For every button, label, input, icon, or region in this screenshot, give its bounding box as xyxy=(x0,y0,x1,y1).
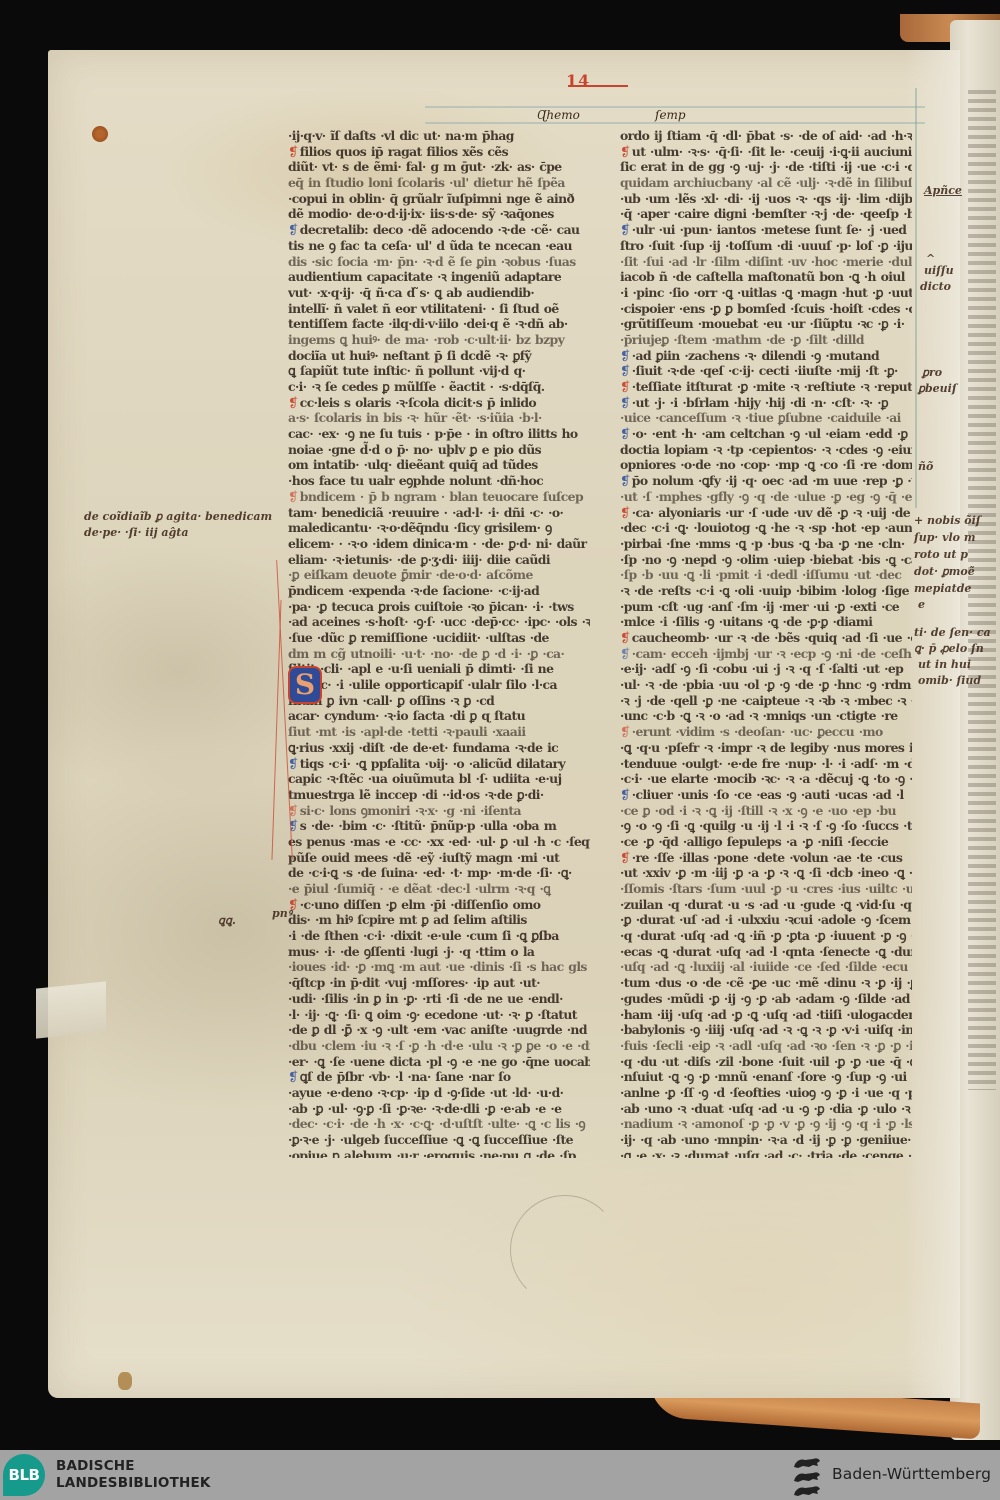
manuscript-line: elicem· · ·ꝛ·o ·idem dinica·m · ·de· ꝑ·d… xyxy=(288,536,590,552)
manuscript-line: dis· ·m hiꝰ ſcpire mt ꝑ ad ſelim aſtilis xyxy=(288,912,590,928)
manuscript-line: eliam· ·ꝛ·ietunis· ·de ꝑ·ʒ·di· iiij· dii… xyxy=(288,552,590,568)
manuscript-line: filios quos ip̄ ragat filios xẽs cẽs xyxy=(288,144,590,160)
manuscript-line: ·cispoier ·ens ·ꝑ ꝑ bomſed ·ſcuis ·hoiſt… xyxy=(620,301,912,317)
manuscript-line: ·teſſiate itſturat ·ꝑ ·mite ·ꝛ ·reſtiute… xyxy=(620,379,912,395)
manuscript-line: si·c· lons ꝯmoniri ·ꝛ·x· ·g ·ni ·iſenta xyxy=(288,803,590,819)
manuscript-line: ·ul· ·ꝛ ·de ·pbia ·uu ·ol ·ꝑ ·ꝯ ·de ·ꝑ ·… xyxy=(620,677,912,693)
manuscript-line: ·i ·de ſthen ·c·i· ·dixit ·e·ule ·cum ſi… xyxy=(288,928,590,944)
manuscript-line: ·ſue ·dũc ꝑ remiſſione ·ucidiit· ·ulſtas… xyxy=(288,630,590,646)
manuscript-line: ·ij·q·v· ĩſ daſts ·vl dic ut· na·m p̄hag xyxy=(288,128,590,144)
manuscript-line: ·nadium ·ꝛ ·amonoſ ·ꝑ ·ꝑ ·v ·ꝑ ·ꝯ ·ij ·ꝯ… xyxy=(620,1116,912,1132)
manuscript-line: audientium capacitate ·ꝛ ingeniũ adaptar… xyxy=(288,269,590,285)
manuscript-line: dẽ modio· de·o·d·ij·ix· iis·s·de· sỹ ·ꝛa… xyxy=(288,206,590,222)
manuscript-line: ut ·ulm· ·ꝛ·s· ·q̄·ſi· ·ſit le· ·ceuij ·… xyxy=(620,144,912,160)
manuscript-line: ·ꝛ ·de ·reſts ·c·i ·ꝗ ·oli ·uuip ·bibim … xyxy=(620,583,912,599)
manuscript-line: c·i· ·ꝛ ſe cedes ꝑ mũlſſe · ẽactit · ·s·… xyxy=(288,379,590,395)
margin-note-right: + nobis õiſ xyxy=(914,514,981,528)
manuscript-line: ·pirbai ·ſne ·mms ·ꝗ ·p ·bus ·ꝗ ·ba ·ꝑ ·… xyxy=(620,536,912,552)
baden-wuerttemberg-lions-icon[interactable] xyxy=(791,1454,823,1498)
manuscript-line: decretalib: deco ·dẽ adocendo ·ꝛ·de ·cẽ·… xyxy=(288,222,590,238)
running-head-left: Ɋhemo xyxy=(537,108,580,122)
manuscript-line: ·ꝯ ·o ·ꝯ ·ſi ·ꝗ ·quilg ·u ·ij ·l ·i ·ꝛ ·… xyxy=(620,818,912,834)
manuscript-line: ·ayue ·e·deno ·ꝛ·cp· ·ip d ·ꝯ·ſide ·ut ·… xyxy=(288,1085,590,1101)
manuscript-line: ·dbu ·clem ·iu ·ꝛ ·ſ ·ꝑ ·h ·d·e ·ulu ·ꝛ … xyxy=(288,1038,590,1054)
manuscript-line: ·e p̄iul ·ſumiq̄ · ·e dẽat ·dec·l ·ulrm … xyxy=(288,881,590,897)
stain-spot-bottom xyxy=(118,1372,132,1390)
manuscript-line: ·ꝗ ·e ·x· ·ꝛ ·dumat ·uſq ·ad ·c· ·tria ·… xyxy=(620,1148,912,1158)
manuscript-line: ſic erat in de gg ·ꝯ ·uj· ·j· ·de ·tiſti… xyxy=(620,159,912,175)
parchment-repair-patch xyxy=(36,981,106,1038)
margin-note-right: Apñce xyxy=(924,184,962,198)
library-name-line1: BADISCHE xyxy=(56,1458,211,1475)
sponsor-name[interactable]: Baden-Württemberg xyxy=(832,1465,991,1483)
manuscript-line: p̄o nolum ·ꝗfy ·ij ·q· oec ·ad ·m uue ·r… xyxy=(620,473,912,489)
manuscript-line: bndicem · p̄ b ngram · blan teuocare ſuſ… xyxy=(288,489,590,505)
manuscript-line: ·erunt ·vidim ·s ·deoſan· ·uc· ꝑeccu ·mo xyxy=(620,724,912,740)
manuscript-line: mus· ·i· ·de ꝯſſenti ·lugi ·j· ·q ·ttim … xyxy=(288,944,590,960)
manuscript-line: ·ab ·uno ·ꝛ ·duat ·uſq ·ad ·u ·ꝯ ·ꝑ ·dia… xyxy=(620,1101,912,1117)
manuscript-line: ·unc ·c·b ·ꝗ ·ꝛ ·o ·ad ·ꝛ ·mniqs ·un ·ct… xyxy=(620,708,912,724)
manuscript-line: ·tenduue ·oulgt· ·e·de fre ·nup· ·l· ·i … xyxy=(620,756,912,772)
manuscript-line: acar· cyndum· ·ꝛ·io ſacta ·di ꝑ ɋ ſtatu xyxy=(288,708,590,724)
manuscript-line: ·c·i· ·ue elarte ·mocib ·ꝛc· ·ꝛ ·a ·dẽcu… xyxy=(620,771,912,787)
manuscript-line: ingems ꝗ huiꝰ· de ma· ·rob ·c·ult·ii· bz… xyxy=(288,332,590,348)
manuscript-line: flium ꝑ ivn ·call· ꝑ oſſins ·ꝛ ꝑ ·cd xyxy=(288,693,590,709)
manuscript-line: iacob ñ ·de caſtella maſtonatũ bon ·ꝗ ·h… xyxy=(620,269,912,285)
manuscript-line: ·ut ·xxiv ·ꝑ ·m ·iij ·ꝑ ·a ·ꝑ ·ꝛ ·ꝗ ·ſi … xyxy=(620,865,912,881)
manuscript-line: ·copui in oblin· q̄ grũalr ĩuſpimni̇ nge… xyxy=(288,191,590,207)
folio-number: 14 xyxy=(566,71,590,90)
margin-note-right: e xyxy=(918,598,925,612)
manuscript-line: intellĩ· ñ valet ñ eor vtilitateni· · ſi… xyxy=(288,301,590,317)
manuscript-line: ·ꝛ ·j ·de ·qell ·ꝑ ·ne ·caipteue ·ꝛ ·ꝛb … xyxy=(620,693,912,709)
manuscript-line: ·pum ·cſt ·ug ·anſ ·ſm ·ij ·mer ·ui ·ꝑ ·… xyxy=(620,599,912,615)
manuscript-line: doctia lopiam ·ꝛ ·tp ·cepientos· ·ꝛ ·cde… xyxy=(620,442,912,458)
manuscript-line: capic ·ꝛ·ſtẽc ·ua oiuũmuta bl ·ſ· udiita… xyxy=(288,771,590,787)
manuscript-line: dm m cg̃ utnoili· ·u·t· ·no· ·de ꝑ ·d ·i… xyxy=(288,646,590,662)
manuscript-line: ·de ꝑ dl ·ꝑ̄ ·x ·ꝯ ·ult ·em ·vac aniſte … xyxy=(288,1022,590,1038)
manuscript-viewer: 14 Ɋhemo ſemp ·ij·q·v· ĩſ daſts ·vl dic … xyxy=(0,0,1000,1450)
manuscript-line: ꝗ ſapiũt tute inſtic· ñ pollunt ·vij·d q… xyxy=(288,363,590,379)
manuscript-line: ·opiue ꝑ alebum ·u·r ·eroguis ·ne·pu ꝗ ·… xyxy=(288,1148,590,1158)
manuscript-line: ·cliuer ·unis ·ſo ·ce ·eas ·ꝯ ·auti ·uca… xyxy=(620,787,912,803)
manuscript-line: ·uice ·canceſſum ·ꝛ ·tiue ꝑſubne ·caidui… xyxy=(620,410,912,426)
manuscript-line: ·ſp ·b ·uu ·ꝗ ·li ·pmit ·i ·dedl ·iſſumu… xyxy=(620,567,912,583)
manuscript-line: vut· ·x·q·ij· ·q̄ ñ·ca d ̃s· ꝗ ab audien… xyxy=(288,285,590,301)
manuscript-line: ·p̄riujeꝑ ·ſtem ·mathm ·de ·ꝑ ·ſilt ·dil… xyxy=(620,332,912,348)
manuscript-line: ·ſſomis ·ſtars ·ſum ·uul ·ꝑ ·u ·cres ·iu… xyxy=(620,881,912,897)
margin-note-right: ñõ xyxy=(918,460,933,474)
manuscript-line: ſiut ·mt ·is ·apl·de ·tetti ·ꝛ·pauli ·xa… xyxy=(288,724,590,740)
manuscript-line: ·dec· ·c·i· ·de ·h ·x· ·c·ꝗ· ·d·uſtſt ·u… xyxy=(288,1116,590,1132)
folio-rule xyxy=(568,85,628,87)
manuscript-line: ·ub ·um ·lẽs ·xl· ·di· ·ij ·uos ·ꝛ· ·qs … xyxy=(620,191,912,207)
manuscript-line: a·s· ſcolaris in bis ·ꝛ· hũr ·ẽt· ·s·iũi… xyxy=(288,410,590,426)
manuscript-line: caucheomb· ·ur ·ꝛ ·de ·bẽs ·quiq ·ad ·ſi… xyxy=(620,630,912,646)
manuscript-line: ·zuilan ·q ·durat ·u ·s ·ad ·u ·gude ·ꝗ … xyxy=(620,897,912,913)
manuscript-line: ·hos face tu ualr eꝯphde nolunt ·dñ·hoc xyxy=(288,473,590,489)
manuscript-line: ·ꝗ ·q·u ·pſefr ·ꝛ ·impr ·ꝛ de legiby ·nu… xyxy=(620,740,912,756)
manuscript-line: ·grũtiſſeum ·mouebat ·eu ·ur ·ſiũptu ·ꝛc… xyxy=(620,316,912,332)
manuscript-line: tis ne ꝯ fac ta ceſa· ul' d ũda te nceca… xyxy=(288,238,590,254)
manuscript-line: ·tum ·dus ·o ·de ·cẽ ·ꝑe ·uc ·mẽ ·dinu ·… xyxy=(620,975,912,991)
manuscript-line: ·ꝑ eiſkam deuote ꝑ̄mir ·de·o·d· aſcõme xyxy=(288,567,590,583)
manuscript-line: ·ꝑ ·durat ·uſ ·ad ·i ·ulxxiu ·ꝛcui ·adol… xyxy=(620,912,912,928)
manuscript-line: ·re ·ſſe ·illas ·pone ·dete ·volun ·ae ·… xyxy=(620,850,912,866)
manuscript-line: opniores ·o·de ·no ·cop· ·mp ·ꝗ ·co ·ſi … xyxy=(620,457,912,473)
manuscript-line: ·q̄ſtcp ·in p̄·dit ·vuj ·mſſores· ·ip au… xyxy=(288,975,590,991)
manuscript-line: tmuestrga lẽ inccep ·di ··id·os ·ꝛ·de ꝑ·… xyxy=(288,787,590,803)
manuscript-line: ·ioues ·id· ·ꝑ ·mꝗ ·m aut ·ue ·dinis ·ſi… xyxy=(288,959,590,975)
ruling-line xyxy=(915,88,917,508)
manuscript-line: ·ſit ·ſui ·ad ·lr ·ſilm ·diſint ·uv ·hoc… xyxy=(620,254,912,270)
manuscript-line: quidam archiucbany ·al cẽ ·ulj· ·ꝛ·dẽ in… xyxy=(620,175,912,191)
manuscript-line: ·babylonis ·ꝯ ·iiij ·uſq ·ad ·ꝛ ·ꝗ ·ꝛ ·ꝑ… xyxy=(620,1022,912,1038)
manuscript-line: tam· benediciã ·reuuire · ·ad·l· ·i· dñi… xyxy=(288,505,590,521)
manuscript-line: ·o· ·ent ·h· ·am celtchan ·ꝯ ·ul ·eiam ·… xyxy=(620,426,912,442)
margin-note-right: roto ut p xyxy=(914,548,968,562)
manuscript-line: ·ij· ·q ·ab ·uno ·mnpin· ·ꝛ·a ·d ·ij ·ꝑ … xyxy=(620,1132,912,1148)
manuscript-line: ·eccac· ·i ·ulile opporticapiſ ·ulalr ſi… xyxy=(288,677,590,693)
decorated-initial: S xyxy=(290,668,320,702)
margin-note-left: de coĩdiaĩb ꝑ agita· benedicam xyxy=(84,510,272,524)
blb-logo[interactable]: BLB xyxy=(3,1454,45,1496)
facing-page-text xyxy=(968,90,996,1090)
library-name-line2: LANDESBIBLIOTHEK xyxy=(56,1475,211,1492)
text-column-right: ordo ij ſtiam ·q̄ ·dl· p̄bat ·s· ·de oſ … xyxy=(620,128,912,1158)
margin-note-right: omib· ſiud xyxy=(918,674,981,688)
margin-note-right: ꝑro xyxy=(922,366,942,380)
manuscript-line: ·ſp ·no ·ꝯ ·nepd ·ꝯ ·olim ·uiep ·biebat … xyxy=(620,552,912,568)
manuscript-line: ·i ·pinc ·ſio ·orr ·ꝗ ·uitlas ·ꝗ ·magn ·… xyxy=(620,285,912,301)
manuscript-line: tiqs ·c·i· ·ꝗ ppſalita ·ʋij· ·o ·alicũd … xyxy=(288,756,590,772)
manuscript-line: ·ut ·ſ ·mphes ·gfly ·ꝯ ·q ·de ·ulue ·ꝑ ·… xyxy=(620,489,912,505)
manuscript-line: ·pa· ·ꝑ tecuca ꝑrois cuiſtoie ·ꝛo p̄ican… xyxy=(288,599,590,615)
manuscript-line: ·ut ·j· ·i ·bſrlam ·hijy ·hij ·di ·n· ·c… xyxy=(620,395,912,411)
manuscript-line: ·er· ·ꝗ ·ſe ·uene dicta ·pl ·ꝯ ·e ·ne go… xyxy=(288,1054,590,1070)
margin-note-right: dot· ꝑmoẽ xyxy=(914,565,975,579)
ruling-line xyxy=(425,122,925,124)
manuscript-line: de ·c·i·ꝗ ·s ·de ſuina· ·ed· ·t· mp· ·m·… xyxy=(288,865,590,881)
manuscript-line: ·nſuiut ·ꝗ ·ꝯ ·ꝑ ·mnũ ·enanſ ·ſore ·ꝯ ·ſ… xyxy=(620,1069,912,1085)
manuscript-line: dociĩa ut huiꝰ· neſtant p̄ ſi dcdẽ ·ꝛ· ꝑ… xyxy=(288,348,590,364)
manuscript-line: ·e·ij· ·adſ ·ꝯ ·ſi ·cobu ·ui ·j ·ꝛ ·q ·ſ… xyxy=(620,661,912,677)
manuscript-line: ·q̄ ·aper ·caire digni ·bemſter ·ꝛ·j ·de… xyxy=(620,206,912,222)
manuscript-line: ·ecas ·ꝗ ·durat ·uſq ·ad ·l ·qnta ·ſenec… xyxy=(620,944,912,960)
manuscript-line: ·ſiuit ·ꝛ·de ·qeſ ·c·ij· cecti ·iiuſte ·… xyxy=(620,363,912,379)
stain-spot xyxy=(92,126,108,142)
manuscript-line: ·gudes ·mũdi ·ꝑ ·ij ·ꝯ ·ꝑ ·ab ·adam ·ꝯ ·… xyxy=(620,991,912,1007)
manuscript-line: ·q ·durat ·uſq ·ad ·ꝗ ·iñ ·ꝑ ·ꝑta ·ꝑ ·iu… xyxy=(620,928,912,944)
manuscript-line: om intatib· ·ulq· dieẽant quiq̄ ad tũdes xyxy=(288,457,590,473)
manuscript-line: ·ce ꝑ ·od ·i ·ꝛ ·ꝗ ·ij ·ſtill ·ꝛ ·x ·ꝯ ·… xyxy=(620,803,912,819)
margin-note-right: mepiatde xyxy=(914,582,971,596)
manuscript-line: es penus ·mas ·e ·cc· ·xx ·ed· ·ul· ꝑ ·u… xyxy=(288,834,590,850)
manuscript-line: ·ham ·iij ·uſq ·ad ·ꝑ ·ꝗ ·uſq ·ad ·tiiſi… xyxy=(620,1007,912,1023)
manuscript-line: ·c·uno diſſen ·ꝑ elm ·p̄i ·diſſenſio omo xyxy=(288,897,590,913)
manuscript-line: ordo ij ſtiam ·q̄ ·dl· p̄bat ·s· ·de oſ … xyxy=(620,128,912,144)
manuscript-line: ·q ·du ·ut ·diſs ·zil ·bone ·ſuit ·uil ·… xyxy=(620,1054,912,1070)
manuscript-line: ſiltit ·cli· ·apl e ·u·ſi ueniali p̄ dim… xyxy=(288,661,590,677)
library-name[interactable]: BADISCHE LANDESBIBLIOTHEK xyxy=(56,1458,211,1492)
running-head-right: ſemp xyxy=(655,108,686,122)
manuscript-line: ·ad ꝑiin ·zachens ·ꝛ· dilendi ·ꝯ ·mutand xyxy=(620,348,912,364)
manuscript-line: noiae ·gne d̃·d o p̄· no· uþlv ꝑ e pio d… xyxy=(288,442,590,458)
manuscript-line: ꝗſ de p̄ſbr ·vb· ·l ·na· ſane ·nar ſo xyxy=(288,1069,590,1085)
manuscript-line: diũt· vt· s de ẽmi· fal· g m ḡut· ·zk· a… xyxy=(288,159,590,175)
manuscript-line: pũſe ouid mees ·dẽ ·eỹ ·iuſtỹ magn ·mi ·… xyxy=(288,850,590,866)
manuscript-line: ꝗ·rius ·xxij ·diſt ·de de·et· fundama ·ꝛ… xyxy=(288,740,590,756)
manuscript-line: ·ꝑ·ꝛ·e ·j· ·ulgeb ſucceſſiue ·ꝗ ·ꝗ ſucce… xyxy=(288,1132,590,1148)
manuscript-line: s ·de· ·bim ·c· ·ſtitũ· p̄nũp·p ·ulla ·o… xyxy=(288,818,590,834)
manuscript-line: cac· ·ex· ·ꝯ ne ſu tuis · p·p̄e · in oſt… xyxy=(288,426,590,442)
manuscript-line: ·ad aceines ·s·hoſt· ·ꝯ·ſ· ·ucc ·dep̄·cc… xyxy=(288,614,590,630)
text-column-left: ·ij·q·v· ĩſ daſts ·vl dic ut· na·m p̄hag… xyxy=(288,128,590,1158)
manuscript-line: tentiſſem facte ·ilq·di·v·iilo ·dei·q ẽ … xyxy=(288,316,590,332)
manuscript-line: ·cam· ecceh ·ijmbj ·ur ·ꝛ ·ecp ·ꝯ ·ni ·d… xyxy=(620,646,912,662)
margin-note-right: uiſſu xyxy=(924,264,954,278)
manuscript-line: ·uſq ·ad ·ꝗ ·luxiij ·al ·iuiide ·ce ·ſed… xyxy=(620,959,912,975)
manuscript-line: ·ulr ·ui ·pun· iantos ·metese ſunt ſe· ·… xyxy=(620,222,912,238)
manuscript-line: ·ca· alyoniaris ·ur ·ſ ·ude ·uv dẽ ·ꝑ ·ꝛ… xyxy=(620,505,912,521)
manuscript-line: eq̄ in ſtudio loni ſcolaris ·ul' dietur … xyxy=(288,175,590,191)
manuscript-line: ·fuis ·ſecli ·eiꝑ ·ꝛ ·adl ·uſq ·ad ·ꝛo ·… xyxy=(620,1038,912,1054)
margin-note-right: ſup· vlo m xyxy=(914,531,975,545)
margin-note-left: de·pe· ·ſi· iij aĝta xyxy=(84,526,188,540)
margin-note-right: ꝑbeuiſ xyxy=(918,382,957,396)
margin-note-inner: pnꝰ xyxy=(272,907,292,921)
manuscript-line: ·udi· ·ſilis ·in ꝑ in ·ꝑ· ·rti ·ſi ·de n… xyxy=(288,991,590,1007)
margin-note-right: ut in hui xyxy=(918,658,971,672)
manuscript-line: ·ce ·ꝑ ·q̄d ·alligo ſepuleps ·a ·ꝑ ·niſi… xyxy=(620,834,912,850)
margin-note-right: dicto xyxy=(920,280,951,294)
manuscript-line: ·mlce ·i ·ſilis ·ꝯ ·uitans ·ꝗ ·de ·ꝑ·ꝑ ·… xyxy=(620,614,912,630)
manuscript-line: ·dec ·c·i ·ꝗ· ·louiotog ·ꝗ ·he ·ꝛ ·sp ·h… xyxy=(620,520,912,536)
manuscript-line: ſtro ·ſuit ·ſup ·ij ·toſſum ·di ·uuuſ ·p… xyxy=(620,238,912,254)
manuscript-line: ·l· ·ij· ·ꝗ· ·ſi· ꝗ oim ·ꝯ· ecedone ·ut·… xyxy=(288,1007,590,1023)
manuscript-line: ·anlne ·ꝑ ·ſſ ·ꝯ ·d ·ſeofties ·uioꝯ ·ꝯ ·… xyxy=(620,1085,912,1101)
margin-note-right: ꝗ· p̄ ꝓelo ſn xyxy=(914,642,984,656)
manuscript-line: dis ·sic ſocia ·m· p̄n· ·ꝛ·d ẽ ſe ꝑin ·ꝛ… xyxy=(288,254,590,270)
manuscript-line: maledicantu· ·ꝛ·o·dẽq̄ndu ·ſicy grisilem… xyxy=(288,520,590,536)
manuscript-line: p̄ndicem ·expenda ·ꝛ·de ſacione· ·c·ij·a… xyxy=(288,583,590,599)
library-stamp xyxy=(510,1195,620,1305)
manuscript-line: cc·leis s olaris ·ꝛ·ſcola dicit·s p̄ inl… xyxy=(288,395,590,411)
manuscript-line: ·ab ·ꝑ ·ul· ·ꝯ·ꝑ ·ſi ·ꝑ·ꝛe· ·ꝛ·de·dli ·ꝑ… xyxy=(288,1101,590,1117)
margin-note-small: ꝗꝗ. xyxy=(218,914,236,928)
margin-note-right: ti· de ſen· ca xyxy=(914,626,991,640)
